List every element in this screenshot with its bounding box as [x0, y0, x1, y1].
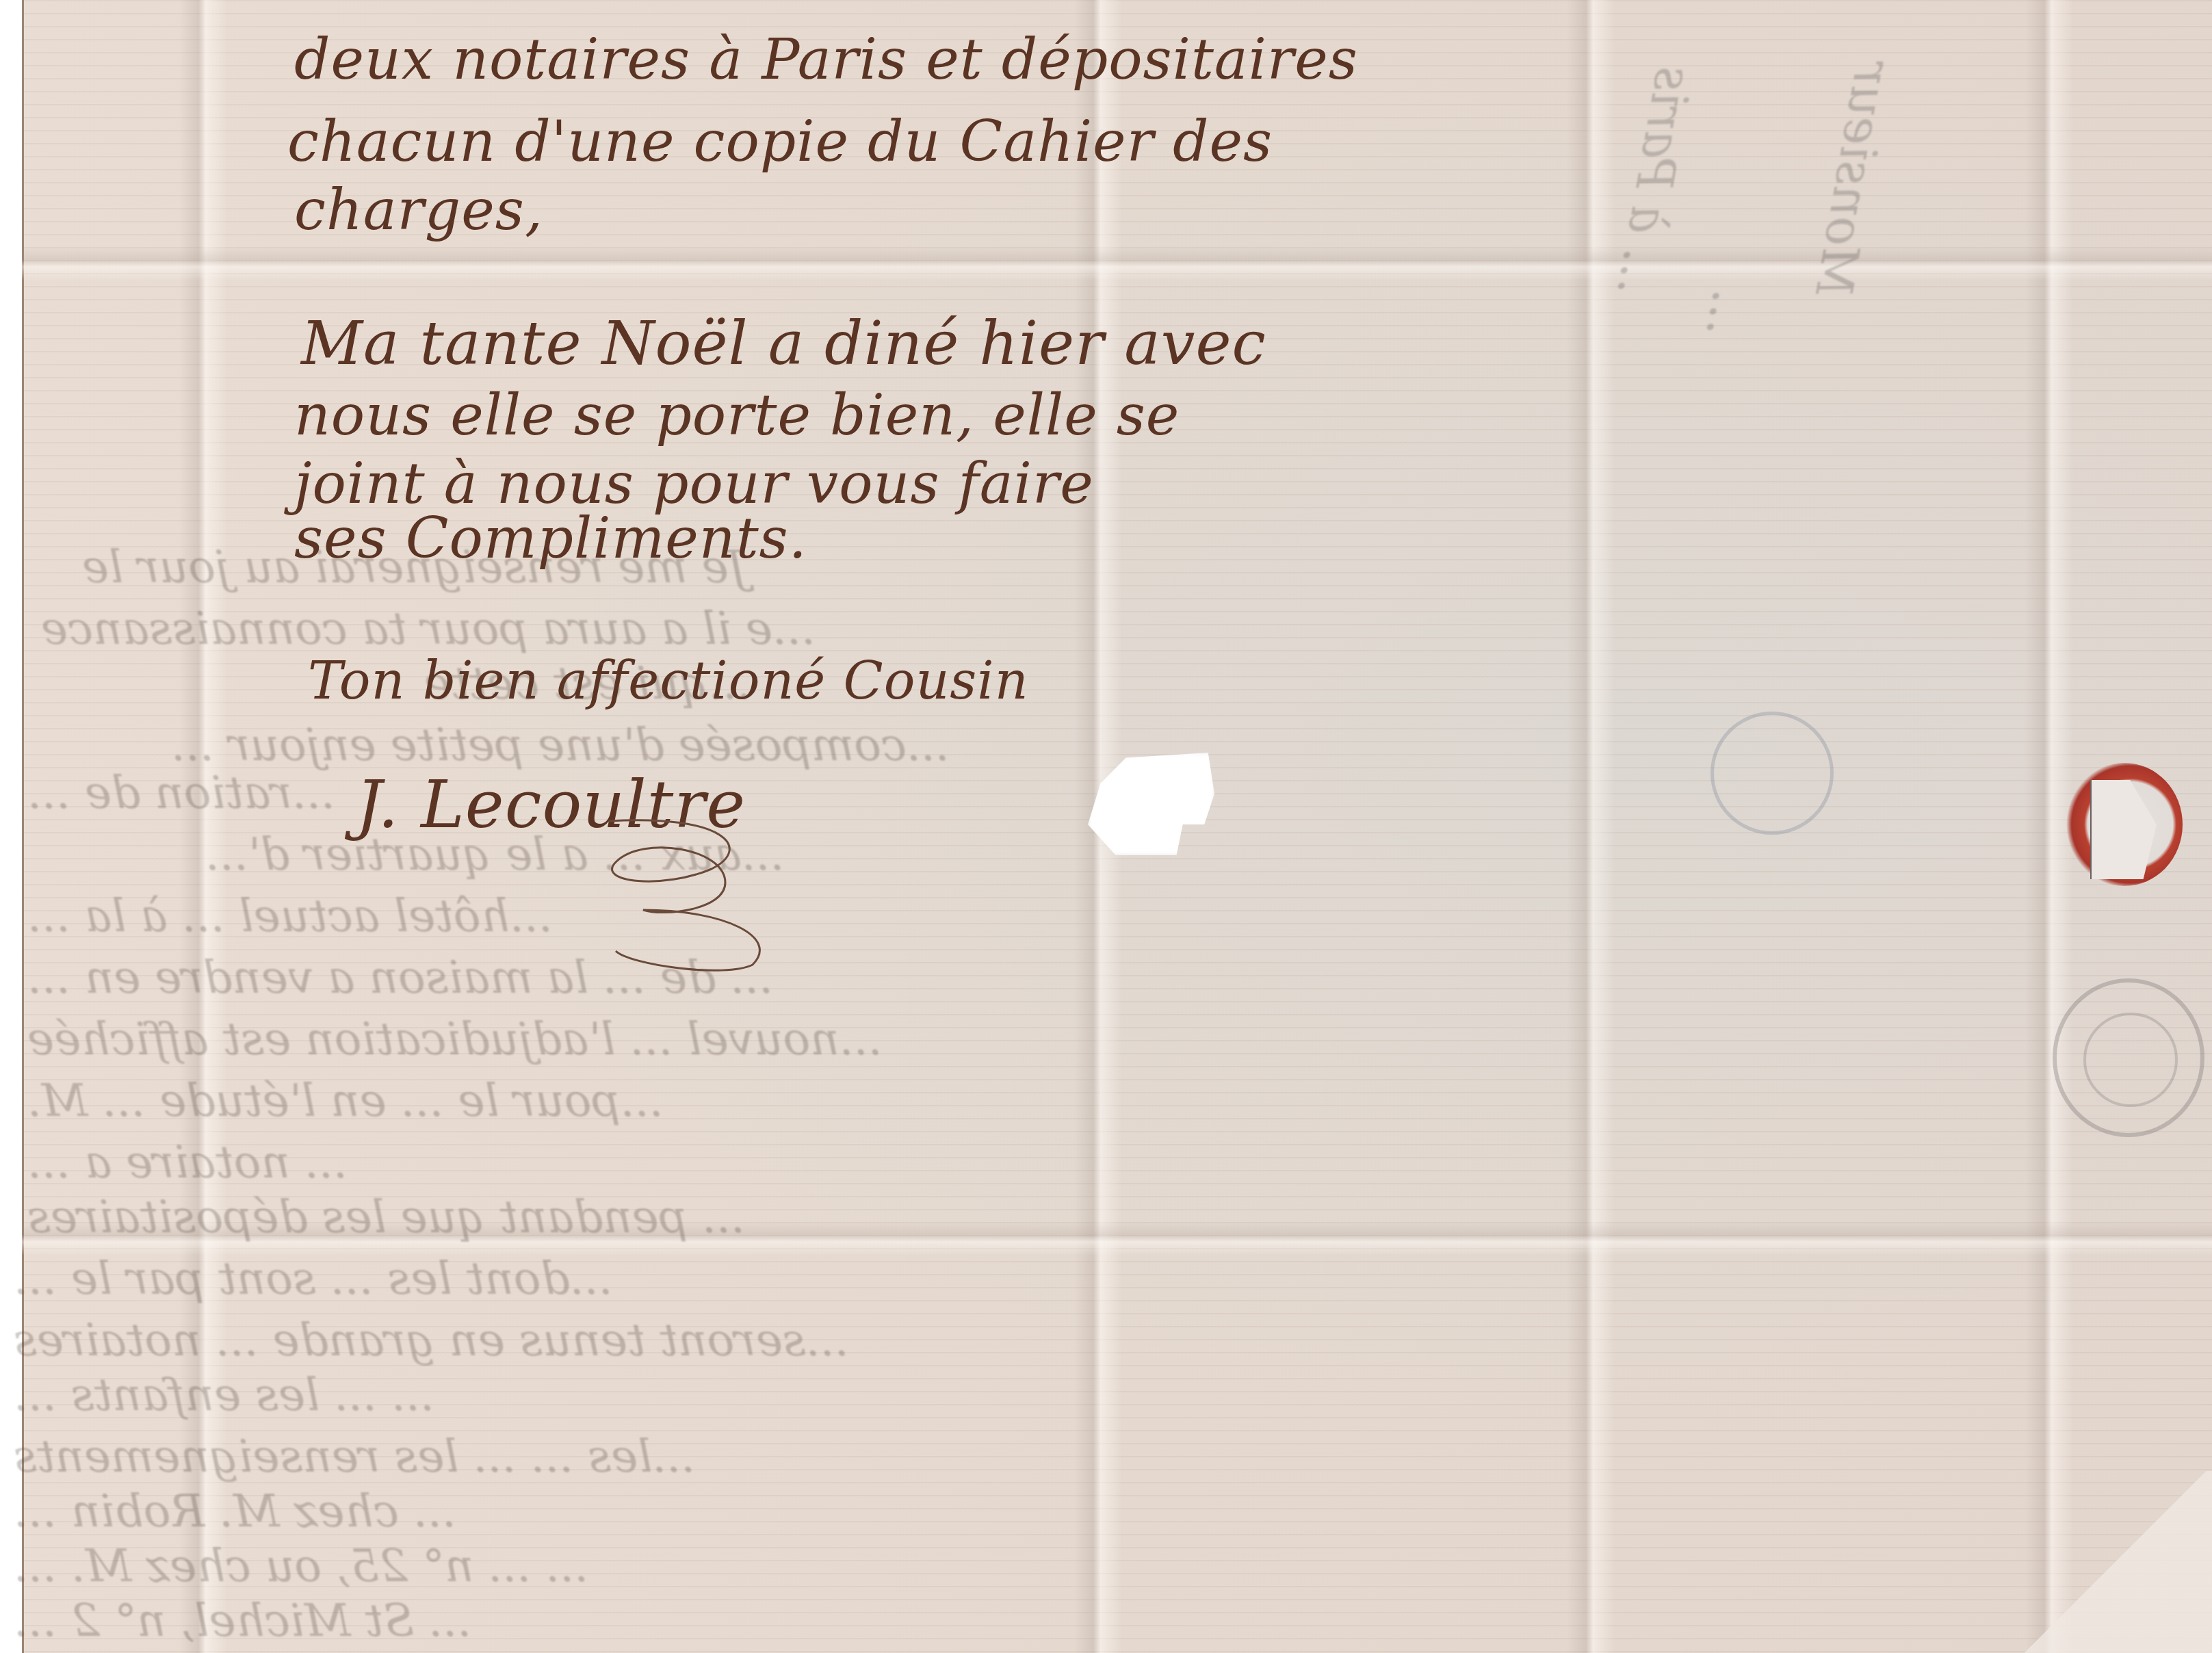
ghost-line: ... pendant que les dépositaires [27, 1190, 745, 1243]
letter-closing: Ton bien affectioné Cousin [308, 650, 1029, 711]
ghost-line: ...e il a aura pour ta connaissance [41, 602, 816, 655]
ghost-line: ... notaire a ... [27, 1136, 348, 1188]
ghost-line: ... St Michel, n° 2 ... [14, 1594, 471, 1647]
ghost-line: ...les ... ... les renseignements [14, 1430, 695, 1483]
letter-line: ses Compliments. [294, 506, 807, 571]
ghost-line: ...seront tenus en grande ... notaires [14, 1314, 849, 1366]
folded-corner [2018, 1471, 2212, 1653]
ghost-line: ...ration de ... [27, 766, 335, 819]
faint-stamp [1710, 712, 1834, 835]
horizontal-fold-1 [22, 246, 2212, 281]
ghost-line: ...composée d'une petite enjour ... [171, 718, 950, 771]
postmark [2083, 1013, 2178, 1107]
letter-line: deux notaires à Paris et dépositaires [294, 27, 1358, 92]
ghost-line: ...nouvel ... l'adjudication est affiché… [27, 1013, 883, 1065]
letter-line: charges, [294, 178, 543, 243]
letter-line: nous elle se porte bien, elle se [294, 383, 1180, 448]
ghost-line: ...pour le ... en l'étude ... M. [27, 1074, 664, 1127]
ghost-line: ... ... les enfants ... [14, 1368, 434, 1421]
address-ghost-line: ... [1695, 286, 1760, 342]
letter-line: Ma tante Noël a diné hier avec [301, 308, 1266, 378]
ghost-line: ...dont les ... sont par le ... [14, 1252, 613, 1305]
letter-line: chacun d'une copie du Cahier des [287, 109, 1273, 174]
ghost-line: ... chez M. Robin ... [14, 1485, 456, 1537]
signature-flourish [438, 807, 917, 985]
ghost-line: ... ... n° 25, ou chez M. ... [14, 1539, 588, 1592]
